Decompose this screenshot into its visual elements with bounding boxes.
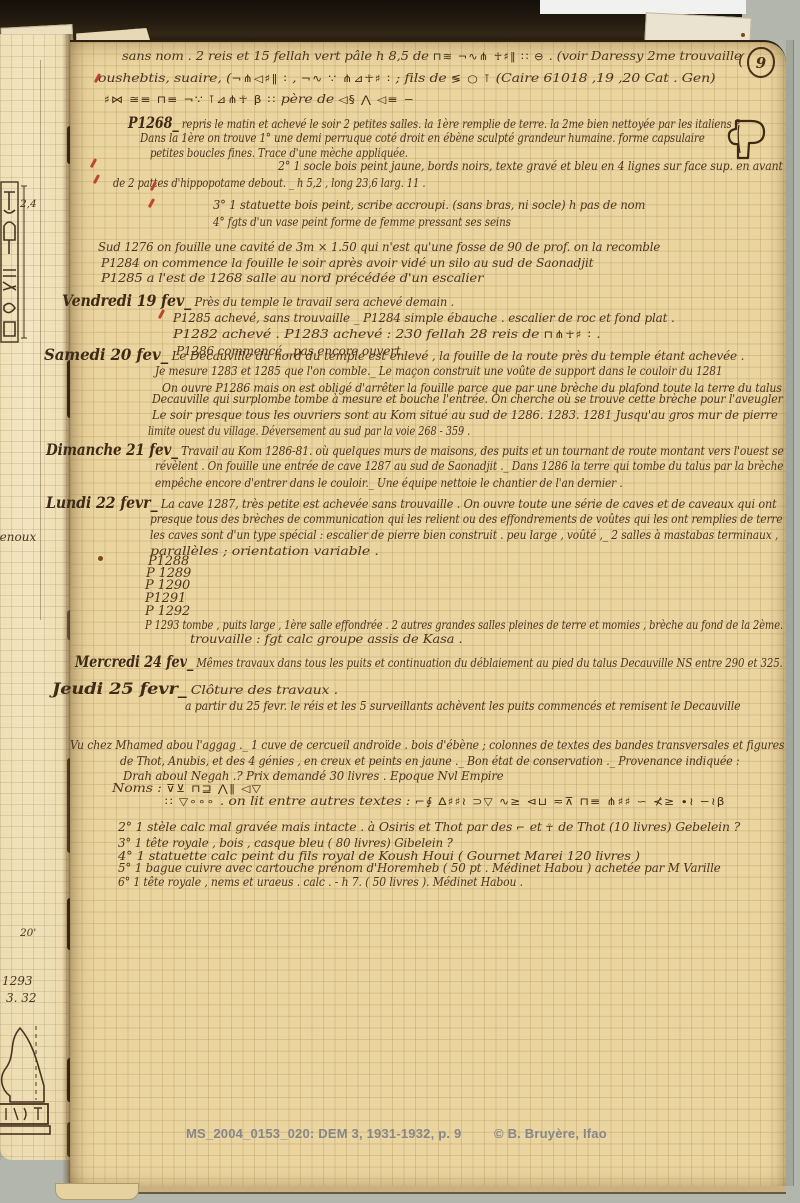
red-check-mark xyxy=(158,309,165,319)
scanned-notebook-page: sans nom . 2 reis et 15 fellah vert pâle… xyxy=(0,0,800,1203)
red-check-mark xyxy=(90,158,97,168)
red-check-mark xyxy=(94,73,101,83)
red-check-mark xyxy=(148,198,155,208)
ink-stain xyxy=(98,556,103,561)
copyright-label: © B. Bruyère, Ifao xyxy=(494,1126,607,1141)
correction-marks-layer xyxy=(0,0,800,1203)
red-check-mark xyxy=(93,174,100,184)
red-check-mark xyxy=(150,181,157,191)
page-number-badge: 9 xyxy=(747,47,775,78)
page-number-paren: ( xyxy=(738,50,744,69)
ink-stain xyxy=(741,33,745,37)
archive-id-label: MS_2004_0153_020: DEM 3, 1931-1932, p. 9 xyxy=(186,1126,461,1141)
